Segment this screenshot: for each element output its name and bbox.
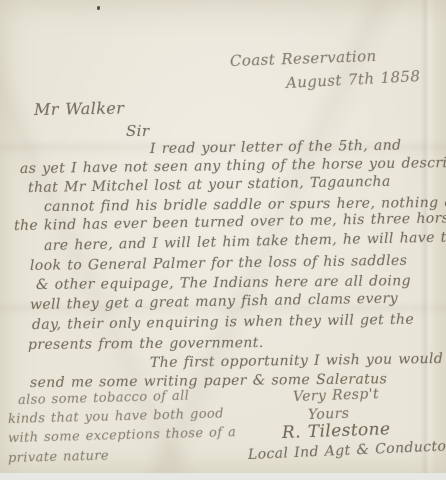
body-line: The first opportunity I wish you would (150, 351, 443, 371)
recipient-line: Mr Walker (34, 98, 125, 119)
body-line: presents from the government. (28, 335, 264, 353)
letter-paper: Coast Reservation August 7th 1858 Mr Wal… (0, 0, 446, 474)
body-line: well they get a great many fish and clam… (30, 291, 398, 313)
place-line: Coast Reservation (230, 47, 377, 70)
signature-title-line: Local Ind Agt & Conductor (248, 438, 446, 463)
postscript-line: with some exceptions those of a (8, 425, 237, 446)
ink-spot (97, 6, 100, 10)
body-line: & other equipage, The Indians here are a… (36, 273, 411, 293)
scanner-background-edge (0, 473, 446, 480)
salutation-line: Sir (126, 122, 149, 140)
body-line: that Mr Mitchel lost at your station, Ta… (28, 174, 391, 196)
date-line: August 7th 1858 (286, 67, 421, 92)
postscript-line: also some tobacco of all (18, 389, 190, 408)
closing-line: Very Resp't (293, 386, 380, 405)
body-line: look to General Palmer for the loss of h… (30, 253, 407, 274)
body-line: are here, and I will let him take them, … (44, 229, 446, 254)
body-line: day, their only enquiring is when they w… (32, 312, 414, 333)
postscript-line: private nature (8, 448, 109, 466)
postscript-line: kinds that you have both good (8, 406, 224, 427)
body-line: I read your letter of the 5th, and (150, 137, 402, 157)
signature-line: R. Tilestone (282, 419, 391, 443)
